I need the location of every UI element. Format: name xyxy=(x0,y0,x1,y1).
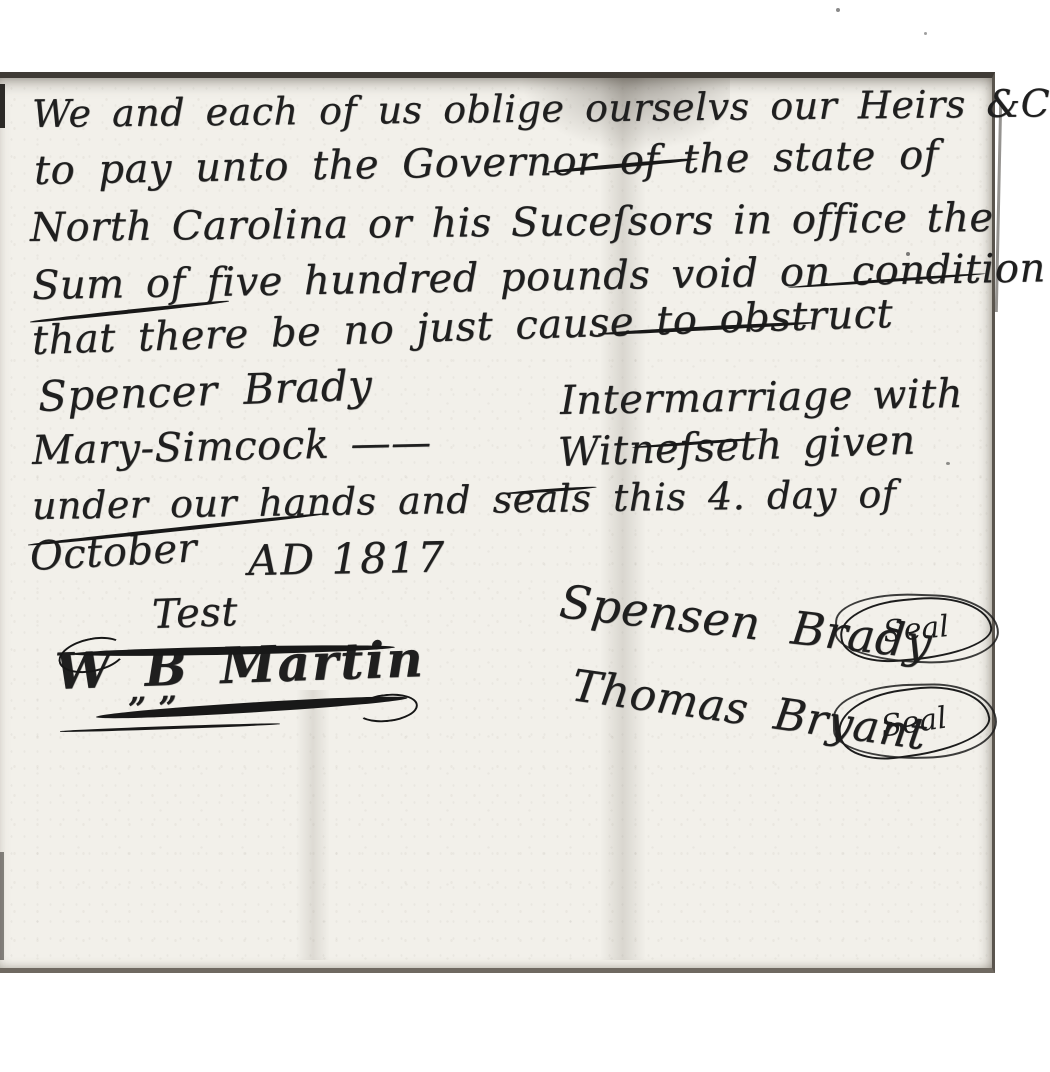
ink-speck xyxy=(946,462,950,465)
intermarriage-phrase: Intermarriage with xyxy=(560,371,964,424)
ink-speck xyxy=(924,32,927,35)
test-attestation-word: Test xyxy=(151,589,238,638)
paper-left-edge-sliver xyxy=(0,84,5,128)
seal-scribble-groom: Seal xyxy=(838,591,995,666)
seal-word: Seal xyxy=(879,700,949,744)
seal-word: Seal xyxy=(882,609,951,650)
witness-ditto-marks: „ „ xyxy=(127,670,178,710)
bride-name-body: Mary-Simcock —— xyxy=(32,420,432,474)
paper-left-edge-sliver xyxy=(0,852,4,960)
date-year: AD 1817 xyxy=(248,533,447,585)
scanned-document: We and each of us oblige ourselvs our He… xyxy=(0,0,1050,1072)
fold-crease-left xyxy=(296,690,330,960)
ink-speck xyxy=(836,8,840,12)
